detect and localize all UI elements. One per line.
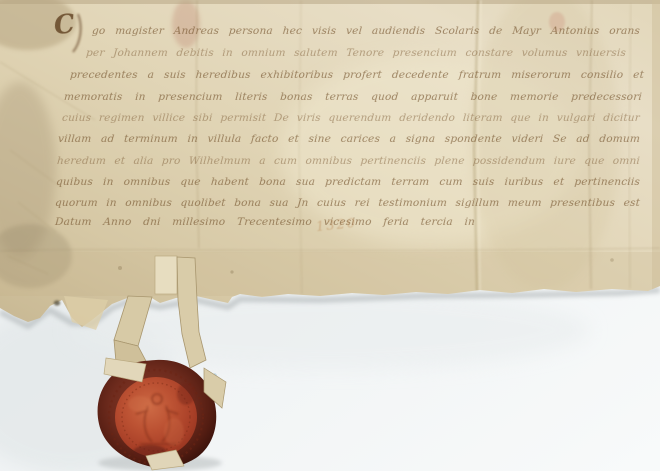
parchment-hole bbox=[54, 300, 60, 305]
charter-artwork bbox=[0, 0, 660, 471]
seal-tag-through-plica bbox=[155, 256, 177, 294]
stain-blotch bbox=[172, 0, 200, 48]
speckle bbox=[230, 270, 233, 273]
plica-fold-band bbox=[0, 252, 660, 296]
seal-dark-blotch bbox=[177, 383, 195, 405]
seal-highlight bbox=[128, 396, 152, 412]
scanned-charter-photo: C go magister Andreas persona hec visis … bbox=[0, 0, 660, 471]
speckle bbox=[118, 266, 122, 270]
parchment-right-edge bbox=[652, 0, 660, 290]
speckle bbox=[610, 258, 614, 262]
parchment-top-edge bbox=[0, 0, 660, 4]
stain-blotch bbox=[470, 0, 620, 290]
seal-highlight bbox=[164, 418, 184, 446]
